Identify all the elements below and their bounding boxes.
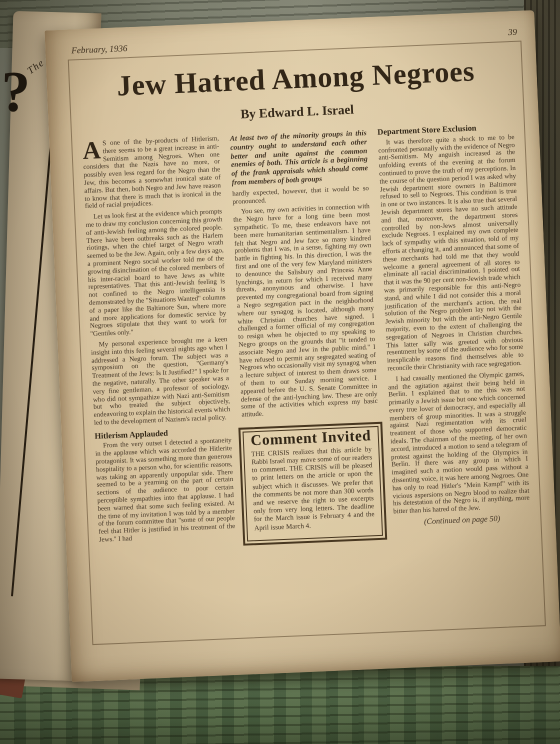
comment-invited-box: Comment Invited THE CRISIS realizes that… [238,422,387,546]
issue-date: February, 1936 [71,43,127,55]
paragraph: From the very outset I detected a sponta… [95,438,236,545]
column-2: At least two of the minority groups in t… [230,129,384,545]
paragraph: I had casually mentioned the Olympic gam… [388,370,530,516]
page-number: 39 [508,27,517,37]
column-3: Department Store Exclusion It was theref… [377,123,531,539]
paragraph: hardly expected, however, that it would … [232,185,369,206]
paragraph: Let us look first at the evidence which … [85,208,227,338]
paragraph: You see, my own activities in connection… [233,203,378,419]
paragraph: It was therefore quite a shock to me to … [378,134,524,373]
question-mark-graphic: ? [0,63,31,122]
paragraph: AS one of the by-products of Hitlerism, … [82,135,221,211]
comment-invited-body: THE CRISIS realizes that this article by… [251,446,375,533]
article-columns: AS one of the by-products of Hitlerism, … [82,123,531,551]
drop-cap: A [82,140,103,162]
intro-blurb: At least two of the minority groups in t… [230,129,369,187]
continued-note: (Continued on page 50) [394,514,531,528]
comment-invited-title: Comment Invited [250,433,371,446]
column-1: AS one of the by-products of Hitlerism, … [82,135,236,551]
paragraph: My personal experience brought me a keen… [91,336,231,427]
article-frame: Jew Hatred Among Negroes By Edward L. Is… [68,41,546,645]
comment-invited-inner: Comment Invited THE CRISIS realizes that… [242,426,383,541]
magazine-page: February, 1936 39 Jew Hatred Among Negro… [45,10,560,682]
paragraph-text: S one of the by-products of Hitlerism, t… [83,135,221,210]
